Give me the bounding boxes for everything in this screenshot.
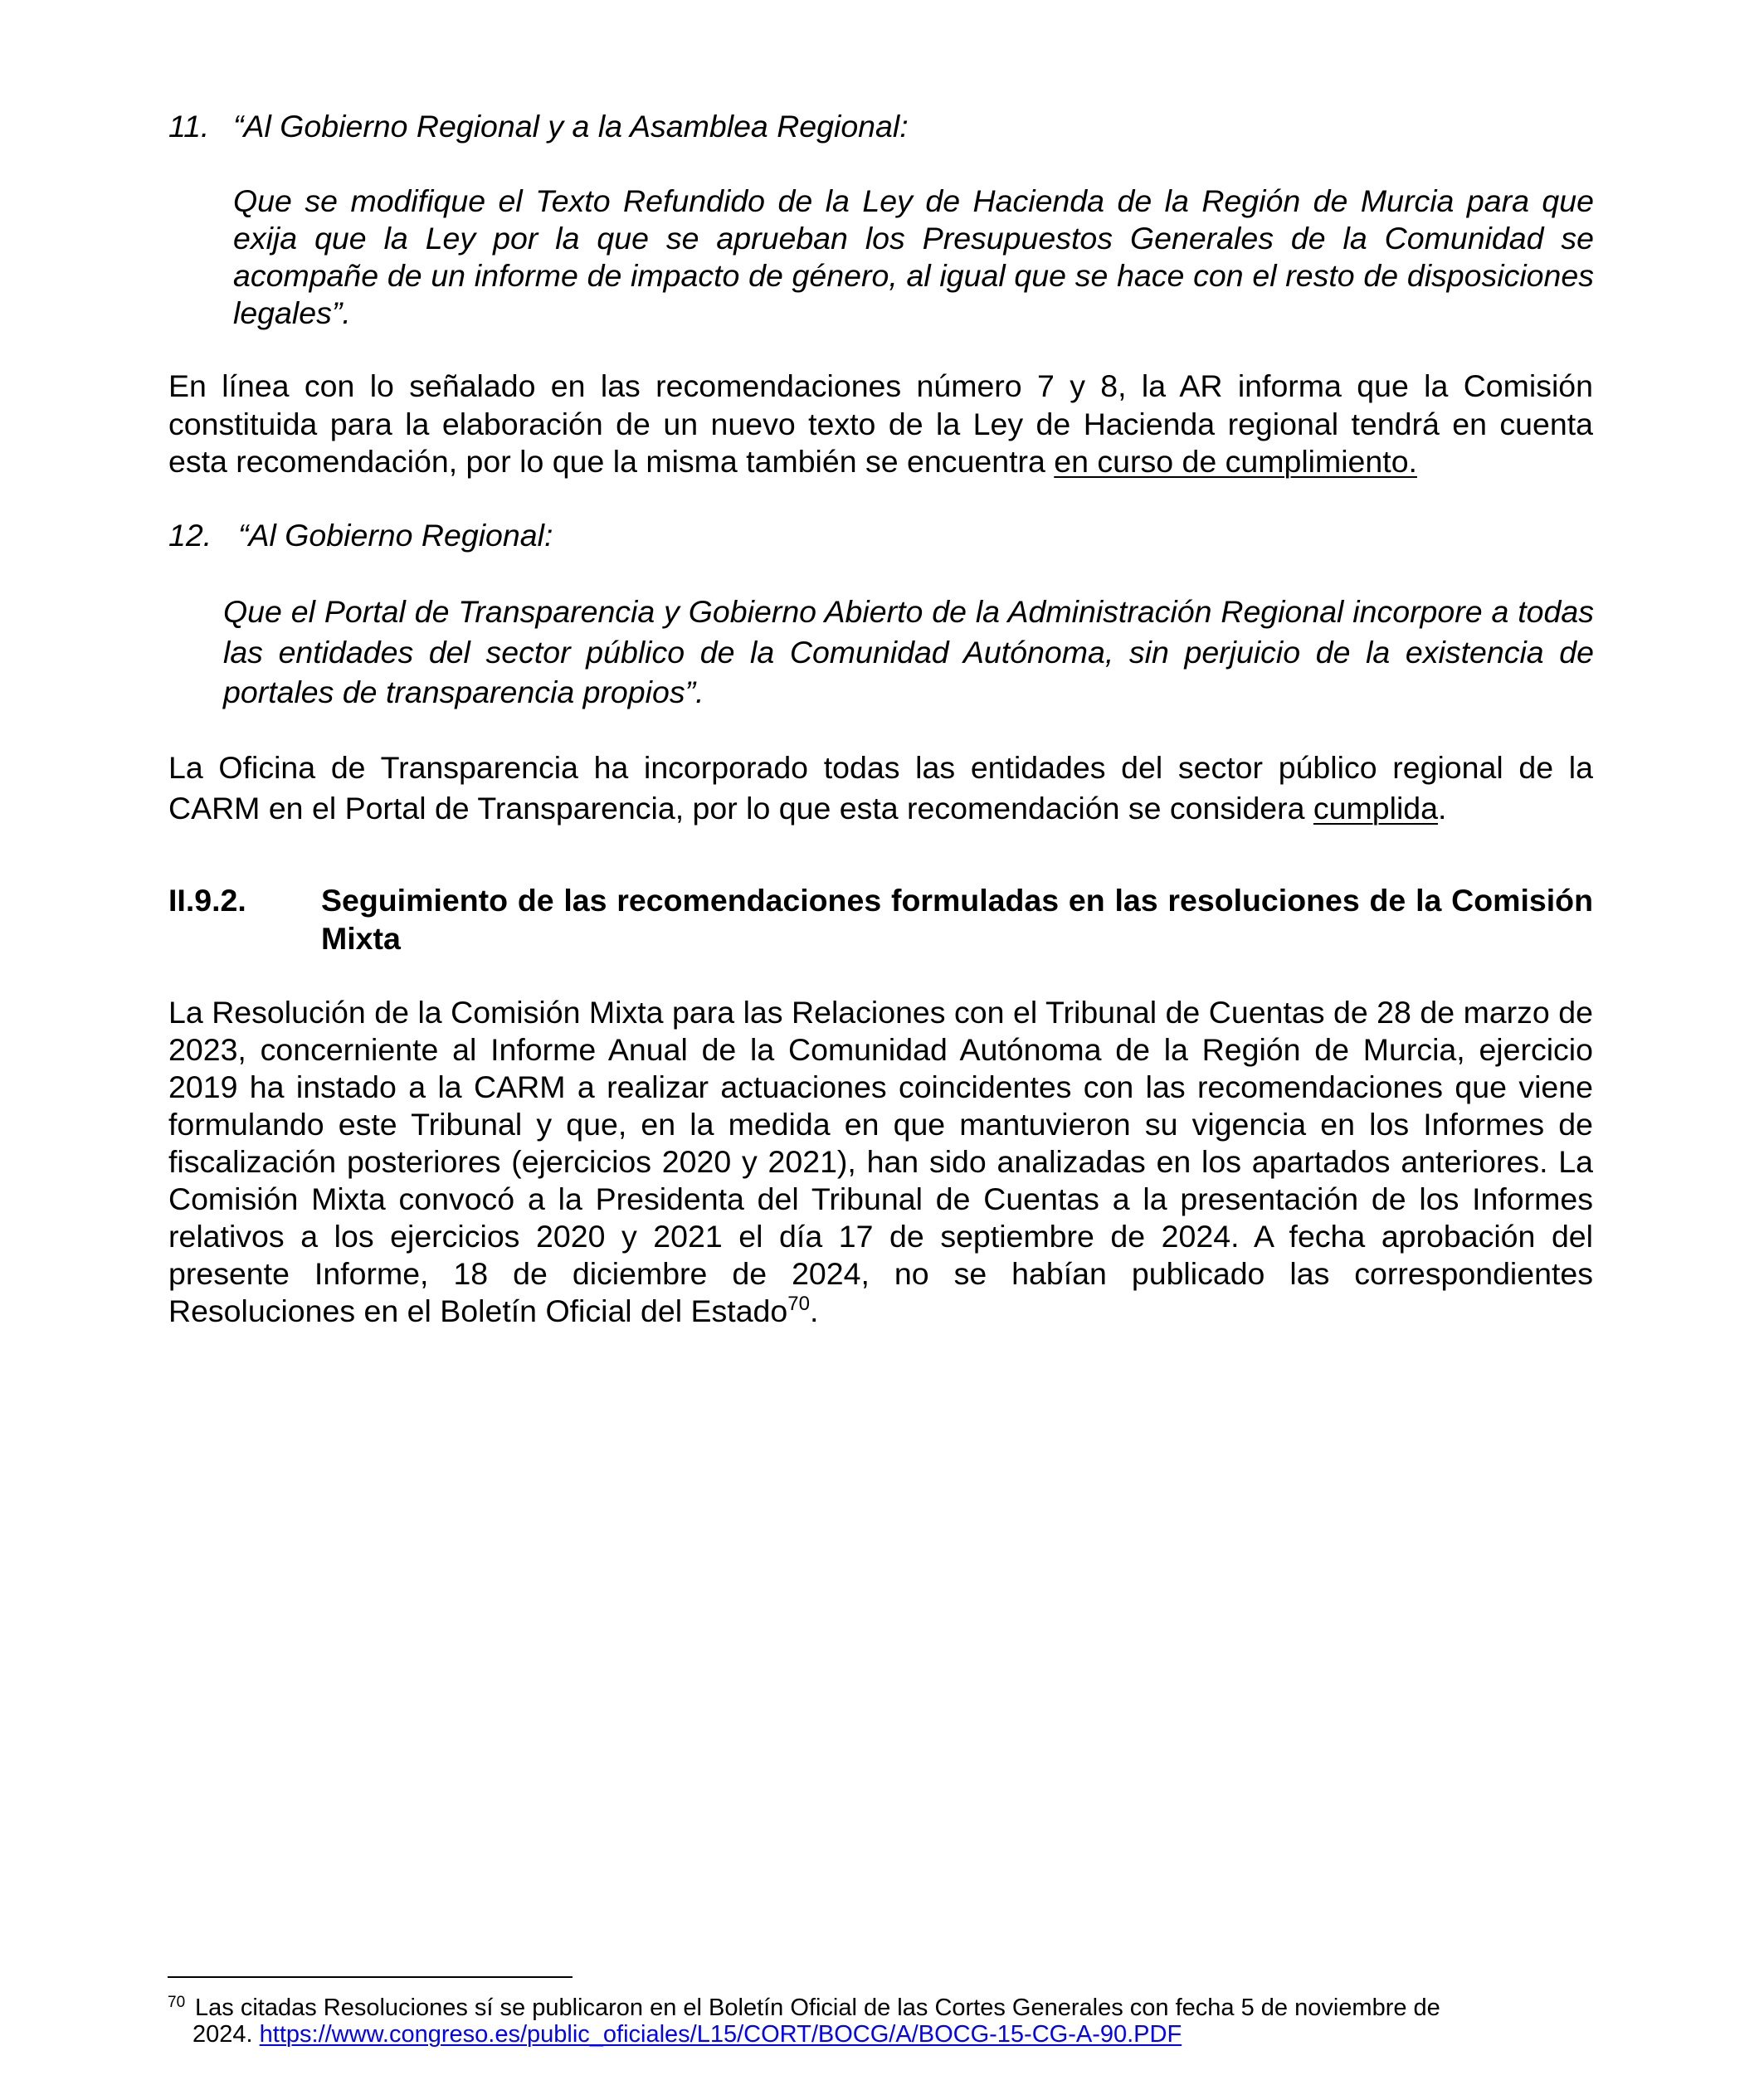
item-12-status: cumplida [1313, 791, 1438, 826]
item-12-number: 12. [168, 517, 238, 555]
item-12-response-end: . [1438, 791, 1446, 826]
item-11-status: en curso de cumplimiento. [1054, 444, 1417, 479]
section-paragraph: La Resolución de la Comisión Mixta para … [168, 994, 1593, 1330]
section-number: II.9.2. [168, 882, 246, 920]
footnote-reference-70[interactable]: 70 [787, 1293, 810, 1315]
item-12-title: “Al Gobierno Regional: [238, 518, 553, 553]
item-12-heading: 12.“Al Gobierno Regional: [168, 517, 1593, 555]
item-11-number: 11. [168, 108, 233, 146]
footnote-link[interactable]: https://www.congreso.es/public_oficiales… [260, 2021, 1182, 2048]
footnote-line-2: 2024. https://www.congreso.es/public_ofi… [168, 2023, 1593, 2047]
footnote-year: 2024. [192, 2021, 260, 2048]
footnote-line-1: Las citadas Resoluciones sí se publicaro… [195, 1995, 1440, 2021]
footnote-70: 70Las citadas Resoluciones sí se publica… [168, 1996, 1593, 2047]
section-heading: II.9.2. Seguimiento de las recomendacion… [168, 882, 1593, 958]
item-11-response: En línea con lo señalado en las recomend… [168, 368, 1593, 481]
item-11-heading: 11.“Al Gobierno Regional y a la Asamblea… [168, 108, 1593, 146]
footnote-separator [168, 1976, 573, 1978]
section-paragraph-end: . [810, 1293, 818, 1328]
item-12-quote: Que el Portal de Transparencia y Gobiern… [223, 592, 1594, 713]
section-title: Seguimiento de las recomendaciones formu… [321, 882, 1593, 957]
item-11-title: “Al Gobierno Regional y a la Asamblea Re… [233, 109, 909, 144]
item-11-quote: Que se modifique el Texto Refundido de l… [233, 183, 1594, 332]
section-paragraph-text: La Resolución de la Comisión Mixta para … [168, 995, 1593, 1328]
footnote-marker: 70 [168, 1990, 195, 2014]
item-12-response: La Oficina de Transparencia ha incorpora… [168, 748, 1593, 829]
